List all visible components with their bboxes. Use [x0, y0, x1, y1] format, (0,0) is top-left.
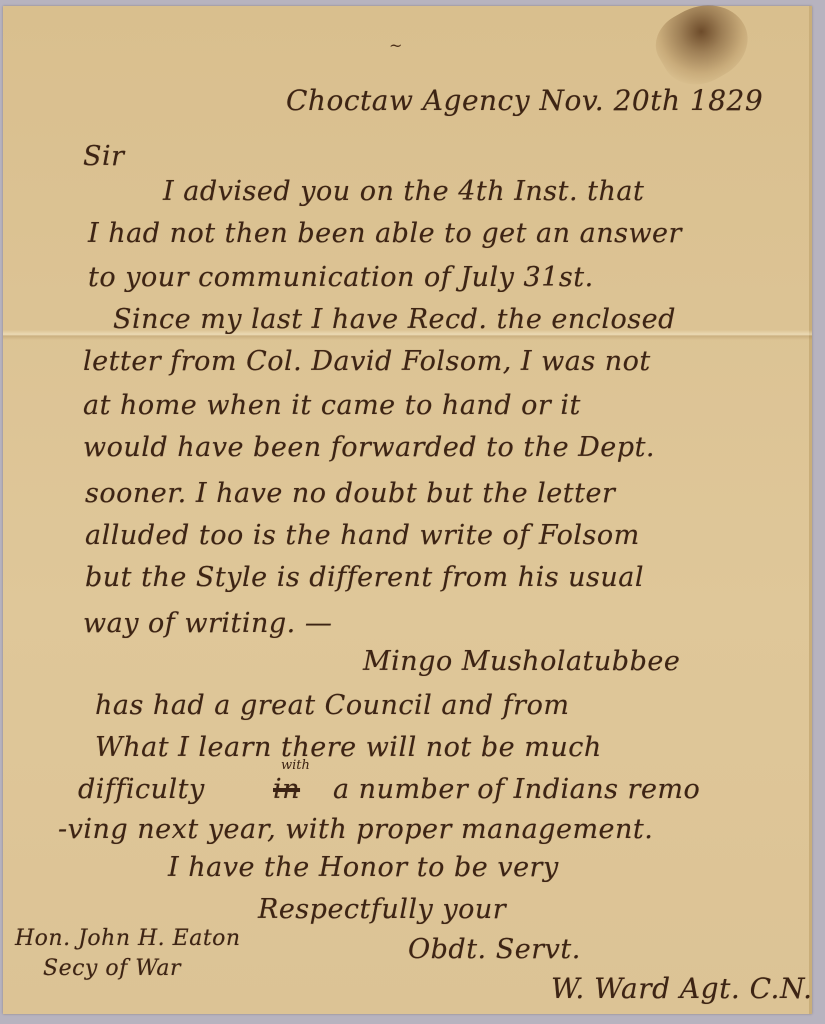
body-line: I had not then been able to get an answe… — [88, 218, 682, 249]
body-line: a number of Indians remo — [333, 774, 700, 805]
body-line: would have been forwarded to the Dept. — [83, 432, 655, 463]
body-line: Mingo Musholatubbee — [363, 646, 680, 677]
body-line: letter from Col. David Folsom, I was not — [83, 346, 651, 377]
body-line: at home when it came to hand or it — [83, 390, 581, 421]
header-mark: ~ — [389, 36, 402, 55]
body-line: difficulty — [78, 774, 205, 805]
addressee-title: Secy of War — [43, 956, 181, 981]
body-line: -ving next year, with proper management. — [58, 814, 653, 845]
letter-page: ~ Choctaw Agency Nov. 20th 1829 Sir I ad… — [3, 6, 812, 1014]
body-line: I advised you on the 4th Inst. that — [163, 176, 644, 207]
body-line: to your communication of July 31st. — [88, 262, 594, 293]
body-line: Since my last I have Recd. the enclosed — [113, 304, 676, 335]
body-line: sooner. I have no doubt but the letter — [85, 478, 615, 509]
body-line: alluded too is the hand write of Folsom — [85, 520, 640, 551]
salutation: Sir — [83, 141, 125, 172]
addressee-name: Hon. John H. Eaton — [15, 926, 241, 951]
body-line: way of writing. — — [83, 608, 332, 639]
inserted-word: with — [281, 758, 310, 773]
body-line: I have the Honor to be very — [168, 852, 559, 883]
body-line: but the Style is different from his usua… — [85, 562, 644, 593]
signature: W. Ward Agt. C.N. — [551, 972, 813, 1005]
dateline: Choctaw Agency Nov. 20th 1829 — [286, 84, 763, 117]
page-edge — [809, 6, 812, 1014]
body-line: What I learn there will not be much — [95, 732, 602, 763]
struck-word: in — [273, 774, 300, 805]
body-line: Respectfully your — [258, 894, 506, 925]
closing: Obdt. Servt. — [408, 934, 581, 965]
body-line: has had a great Council and from — [95, 690, 569, 721]
